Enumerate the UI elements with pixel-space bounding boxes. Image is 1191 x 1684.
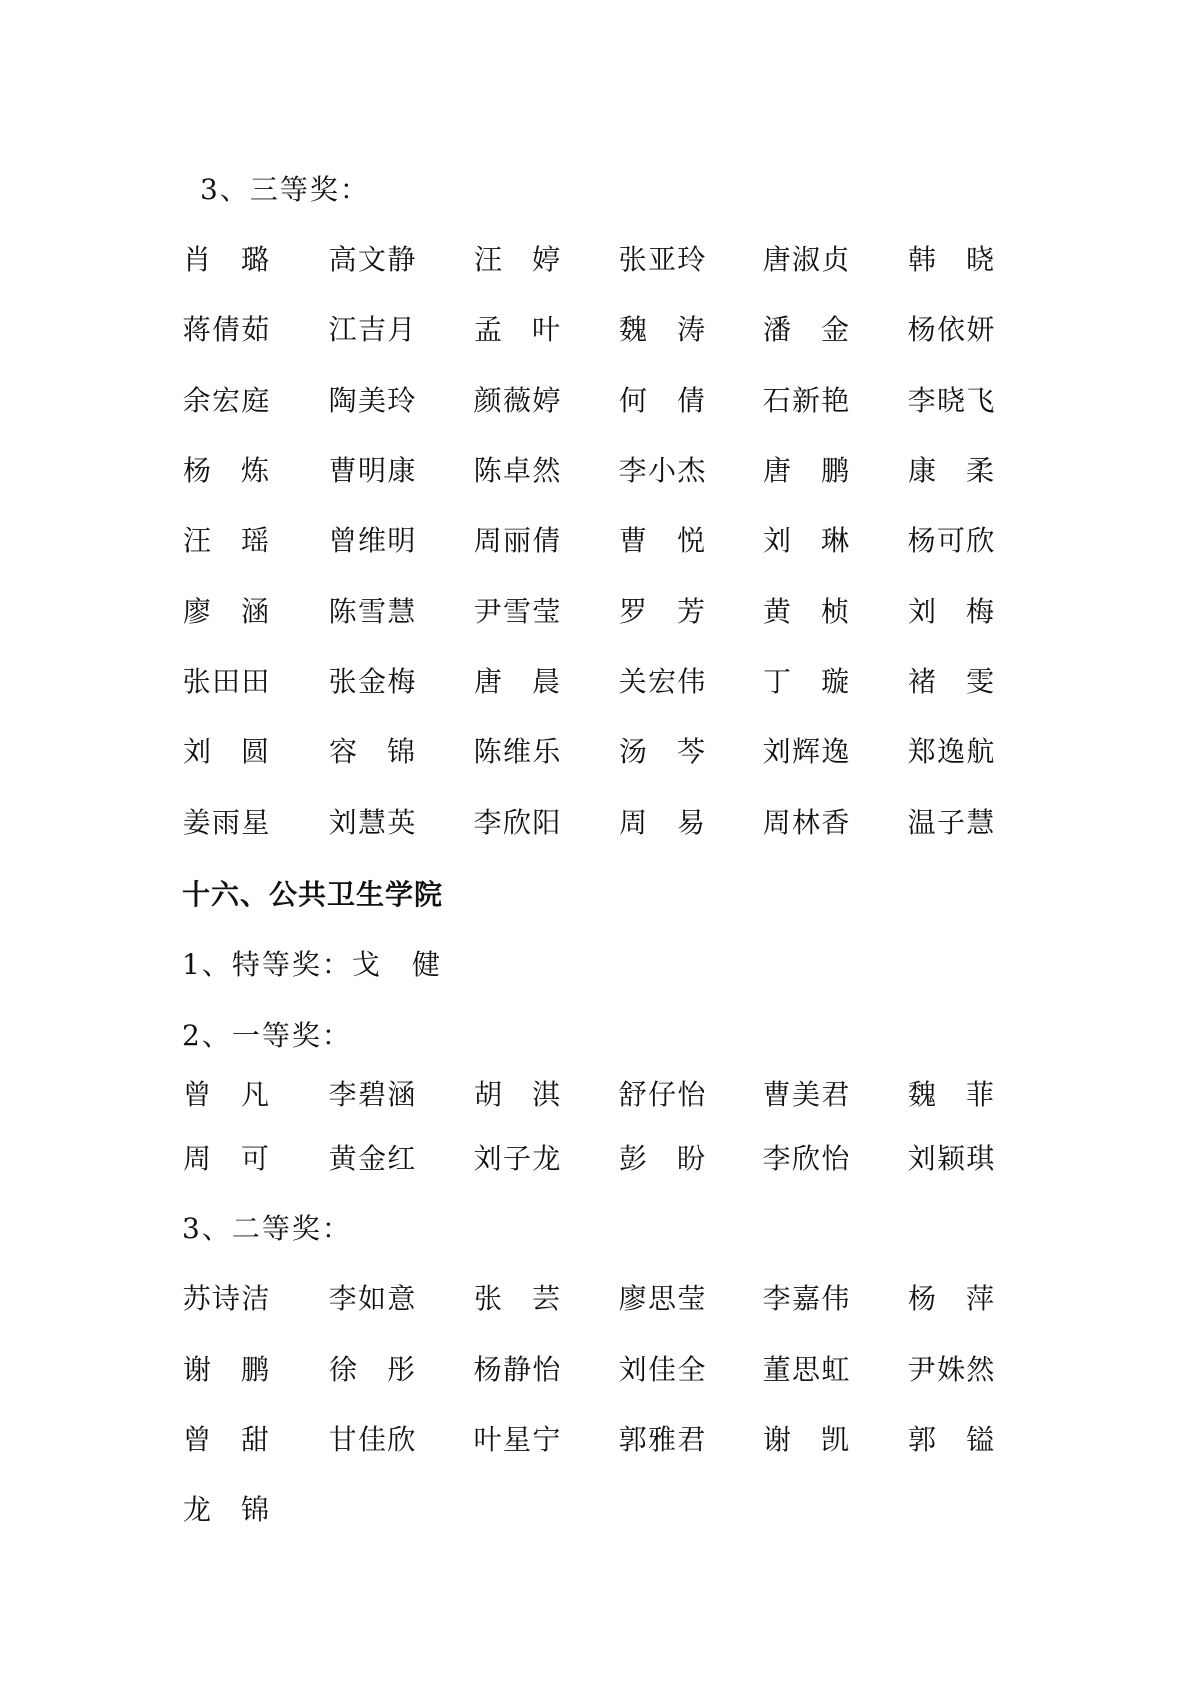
awardee-name: 谢凯 (762, 1422, 850, 1458)
awardee-name: 关宏伟 (618, 664, 706, 700)
awardee-name: 张芸 (473, 1281, 561, 1317)
awardee-name: 甘佳欣 (328, 1422, 416, 1458)
awardee-name: 廖思莹 (618, 1281, 706, 1317)
awardee-name: 张亚玲 (618, 242, 706, 278)
awardee-name: 陈雪慧 (328, 594, 416, 630)
awardee-name: 陈维乐 (473, 734, 561, 770)
awardee-name: 汪婷 (473, 242, 561, 278)
awardee-name: 曾维明 (328, 523, 416, 559)
awardee-name: 刘子龙 (473, 1141, 561, 1177)
awardee-name: 郑逸航 (907, 734, 995, 770)
awardee-name: 余宏庭 (182, 383, 270, 419)
awardee-name: 唐淑贞 (762, 242, 850, 278)
awardee-name: 曹美君 (762, 1077, 850, 1113)
awardee-name: 张金梅 (328, 664, 416, 700)
awardee-name: 李欣阳 (473, 805, 561, 841)
awardee-name: 魏菲 (907, 1077, 995, 1113)
awardee-name: 陶美玲 (328, 383, 416, 419)
awardee-name: 杨可欣 (907, 523, 995, 559)
awardee-name: 姜雨星 (182, 805, 270, 841)
awardee-name: 陈卓然 (473, 453, 561, 489)
third-prize-label: 3、三等奖： (200, 172, 370, 208)
college-heading: 十六、公共卫生学院 (182, 877, 443, 913)
awardee-name: 刘梅 (907, 594, 995, 630)
awardee-name: 杨依妍 (907, 312, 995, 348)
awardee-name: 李晓飞 (907, 383, 995, 419)
awardee-name: 杨炼 (182, 453, 270, 489)
awardee-name: 尹雪莹 (473, 594, 561, 630)
awardee-name: 康柔 (907, 453, 995, 489)
awardee-name: 刘辉逸 (762, 734, 850, 770)
awardee-name: 李如意 (328, 1281, 416, 1317)
awardee-name: 李小杰 (618, 453, 706, 489)
first-prize-label: 2、一等奖： (182, 1018, 352, 1054)
second-prize-label: 3、二等奖： (182, 1211, 352, 1247)
awardee-name: 魏涛 (618, 312, 706, 348)
awardee-name: 唐晨 (473, 664, 561, 700)
awardee-name: 徐彤 (328, 1352, 416, 1388)
awardee-name: 潘金 (762, 312, 850, 348)
awardee-name: 曾甜 (182, 1422, 270, 1458)
awardee-name: 胡淇 (473, 1077, 561, 1113)
awardee-name: 李碧涵 (328, 1077, 416, 1113)
awardee-name: 罗芳 (618, 594, 706, 630)
awardee-name: 温子慧 (907, 805, 995, 841)
special-prize-line: 1、特等奖：戈 健 (182, 947, 442, 983)
awardee-name: 汪瑶 (182, 523, 270, 559)
awardee-name: 郭雅君 (618, 1422, 706, 1458)
awardee-name: 丁璇 (762, 664, 850, 700)
awardee-name: 肖璐 (182, 242, 270, 278)
special-prize-label: 1、特等奖： (182, 948, 352, 981)
awardee-name: 郭镒 (907, 1422, 995, 1458)
awardee-name: 董思虹 (762, 1352, 850, 1388)
awardee-name: 杨静怡 (473, 1352, 561, 1388)
special-prize-winner: 戈 健 (352, 948, 442, 981)
awardee-name: 李嘉伟 (762, 1281, 850, 1317)
awardee-name: 周林香 (762, 805, 850, 841)
awardee-name: 刘琳 (762, 523, 850, 559)
awardee-name: 曹悦 (618, 523, 706, 559)
awardee-name: 彭盼 (618, 1141, 706, 1177)
awardee-name: 叶星宁 (473, 1422, 561, 1458)
awardee-name: 苏诗洁 (182, 1281, 270, 1317)
awardee-name: 石新艳 (762, 383, 850, 419)
awardee-name: 韩晓 (907, 242, 995, 278)
awardee-name: 蒋倩茹 (182, 312, 270, 348)
awardee-name: 曹明康 (328, 453, 416, 489)
document-page: 3、三等奖： 肖璐高文静汪婷张亚玲唐淑贞韩晓蒋倩茹江吉月孟叶魏涛潘金杨依妍余宏庭… (0, 0, 1191, 1684)
awardee-name: 孟叶 (473, 312, 561, 348)
awardee-name: 高文静 (328, 242, 416, 278)
awardee-name: 谢鹏 (182, 1352, 270, 1388)
awardee-name: 唐鹏 (762, 453, 850, 489)
awardee-name: 容锦 (328, 734, 416, 770)
awardee-name: 何倩 (618, 383, 706, 419)
awardee-name: 刘慧英 (328, 805, 416, 841)
awardee-name: 周丽倩 (473, 523, 561, 559)
awardee-name: 黄金红 (328, 1141, 416, 1177)
awardee-name: 廖涵 (182, 594, 270, 630)
awardee-name: 张田田 (182, 664, 270, 700)
awardee-name: 江吉月 (328, 312, 416, 348)
awardee-name: 舒仔怡 (618, 1077, 706, 1113)
awardee-name: 李欣怡 (762, 1141, 850, 1177)
awardee-name: 黄桢 (762, 594, 850, 630)
awardee-name: 周易 (618, 805, 706, 841)
awardee-name: 褚雯 (907, 664, 995, 700)
awardee-name: 曾凡 (182, 1077, 270, 1113)
awardee-name: 尹姝然 (907, 1352, 995, 1388)
awardee-name: 刘佳全 (618, 1352, 706, 1388)
awardee-name: 刘圆 (182, 734, 270, 770)
awardee-name: 杨萍 (907, 1281, 995, 1317)
awardee-name: 颜薇婷 (473, 383, 561, 419)
awardee-name: 刘颖琪 (907, 1141, 995, 1177)
awardee-name: 周可 (182, 1141, 270, 1177)
awardee-name: 汤芩 (618, 734, 706, 770)
awardee-name: 龙锦 (182, 1492, 270, 1528)
